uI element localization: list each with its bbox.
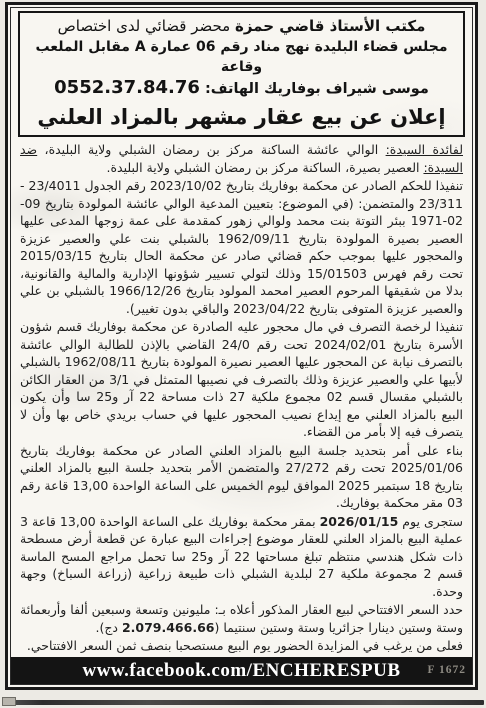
phone-label: موسى شيراف بوفاريك الهاتف: xyxy=(200,81,429,97)
office-phone-line: موسى شيراف بوفاريك الهاتف: 0552.37.84.76 xyxy=(26,77,457,100)
paragraph: حدد السعر الافتتاحي لبيع العقار المذكور … xyxy=(20,601,463,636)
scan-artifact xyxy=(2,697,16,706)
office-name-line: مكتب الأستاذ قاضي حمزة محضر قضائي لدى اخ… xyxy=(26,16,457,37)
notice-ref-number: F 1672 xyxy=(428,664,466,676)
bailiff-name: مكتب الأستاذ قاضي حمزة xyxy=(235,17,425,35)
notice-title: إعلان عن بيع عقار مشهر بالمزاد العلني xyxy=(26,100,457,131)
bailiff-title: محضر قضائي لدى اختصاص xyxy=(58,17,235,35)
scanned-auction-notice: { "colors": { "ink": "#1b1b1b", "paper":… xyxy=(0,0,486,708)
paragraph: ستجرى يوم 2026/01/15 بمقر محكمة بوفاريك … xyxy=(20,513,463,601)
body-paragraphs: لفائدة السيدة: الوالي عائشة الساكنة مركز… xyxy=(11,138,472,655)
publisher-banner: www.facebook.com/ENCHERESPUB F 1672 xyxy=(11,657,472,684)
paragraph: تنفيذا لرخصة التصرف في مال محجور عليه ال… xyxy=(20,318,463,441)
phone-number: 0552.37.84.76 xyxy=(54,77,200,98)
document-inner-frame: مكتب الأستاذ قاضي حمزة محضر قضائي لدى اخ… xyxy=(10,7,473,685)
paragraph: فعلى من يرغب في المزايدة الحضور يوم البي… xyxy=(20,637,463,655)
paragraph: تنفيذا للحكم الصادر عن محكمة بوفاريك بتا… xyxy=(20,177,463,317)
document-frame: مكتب الأستاذ قاضي حمزة محضر قضائي لدى اخ… xyxy=(5,2,478,690)
page-separator-rule xyxy=(4,700,484,705)
office-address-line: مجلس قضاء البليدة نهج مناد رقم 06 عمارة … xyxy=(26,37,457,77)
letterhead-box: مكتب الأستاذ قاضي حمزة محضر قضائي لدى اخ… xyxy=(18,11,465,137)
paragraph: بناء على أمر بتحديد جلسة البيع بالمزاد ا… xyxy=(20,442,463,512)
facebook-url: www.facebook.com/ENCHERESPUB xyxy=(82,660,400,682)
paragraph: لفائدة السيدة: الوالي عائشة الساكنة مركز… xyxy=(20,141,463,176)
